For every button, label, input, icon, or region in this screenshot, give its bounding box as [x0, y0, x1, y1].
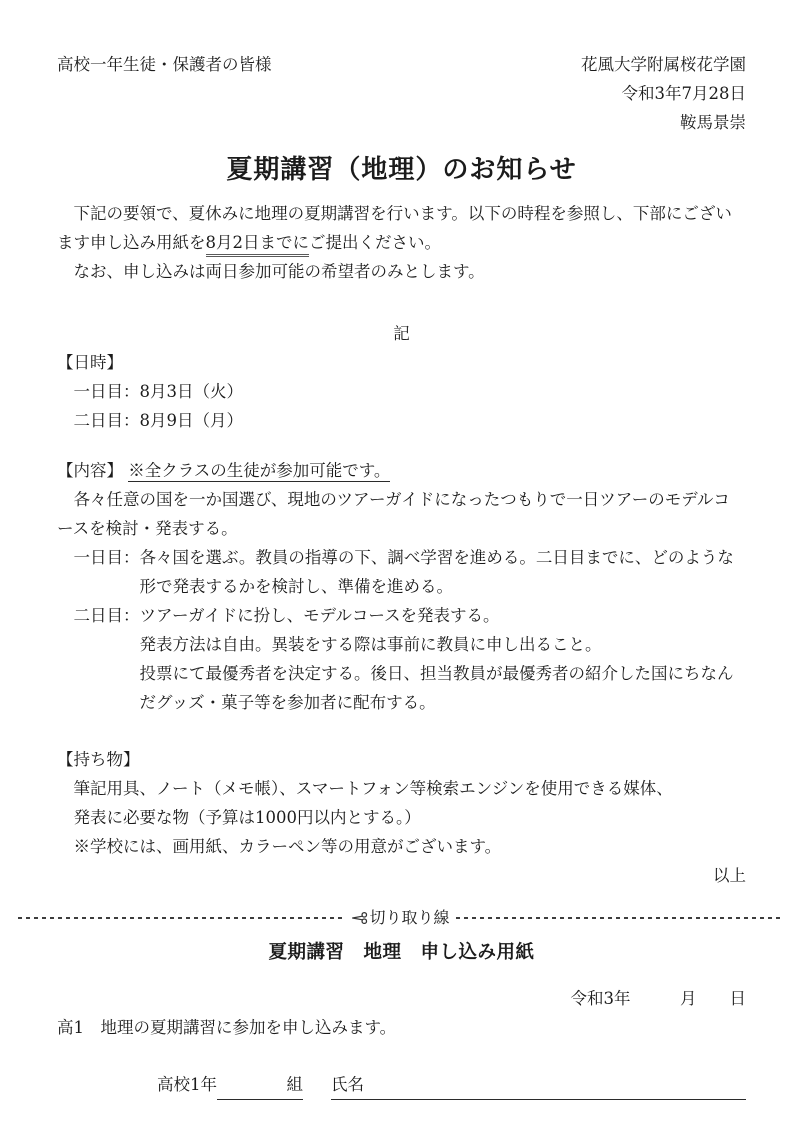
belongings-heading: 【持ち物】	[57, 745, 746, 774]
form-date-line: 令和3年 月 日	[57, 984, 746, 1013]
school-name: 花風大学附属桜花学園	[581, 50, 746, 79]
grade-label: 高校1年	[157, 1070, 217, 1099]
content-heading-line: 【内容】 ※全クラスの生徒が参加可能です。	[57, 456, 746, 485]
content-day2-line2: 発表方法は自由。異装をする際は事前に教員に申し出ること。	[57, 630, 746, 659]
cut-line-dash-right	[456, 917, 783, 919]
class-blank-field: 組	[217, 1070, 303, 1100]
belongings-section: 【持ち物】 筆記用具、ノート（メモ帳）、スマートフォン等検索エンジンを使用できる…	[57, 745, 746, 861]
issue-date: 令和3年7月28日	[57, 79, 746, 108]
intro-text-post: ご提出ください。	[309, 233, 441, 252]
form-statement: 高1 地理の夏期講習に参加を申し込みます。	[57, 1013, 746, 1042]
application-form: 夏期講習 地理 申し込み用紙 令和3年 月 日 高1 地理の夏期講習に参加を申し…	[0, 938, 800, 1100]
datetime-day1: 一日目：8月3日（火）	[57, 377, 746, 406]
notice-title: 夏期講習（地理）のお知らせ	[57, 151, 746, 189]
document-page: 高校一年生徒・保護者の皆様 花風大学附属桜花学園 令和3年7月28日 鞍馬景崇 …	[0, 0, 800, 890]
author-name: 鞍馬景崇	[57, 108, 746, 137]
cut-line: 切り取り線	[18, 906, 782, 930]
deadline-underlined: 8月2日までに	[206, 233, 310, 257]
content-heading: 【内容】	[57, 461, 123, 480]
form-fill-row: 高校1年 組 氏名	[157, 1070, 746, 1100]
content-day1: 一日目：各々国を選ぶ。教員の指導の下、調べ学習を進める。二日目までに、どのような…	[57, 543, 746, 601]
class-label: 組	[287, 1075, 304, 1094]
addressee: 高校一年生徒・保護者の皆様	[57, 50, 272, 79]
content-section: 【内容】 ※全クラスの生徒が参加可能です。 各々任意の国を一か国選び、現地のツア…	[57, 456, 746, 717]
content-day2-line3: 投票にて最優秀者を決定する。後日、担当教員が最優秀者の紹介した国にちなんだグッズ…	[57, 659, 746, 717]
cut-line-dash-left	[18, 917, 345, 919]
belongings-item2: 発表に必要な物（予算は1000円以内とする。）	[57, 803, 746, 832]
name-label: 氏名	[331, 1075, 364, 1094]
form-title: 夏期講習 地理 申し込み用紙	[57, 938, 746, 967]
content-day2-line1: 二日目：ツアーガイドに扮し、モデルコースを発表する。	[57, 601, 746, 630]
intro-note: なお、申し込みは両日参加可能の希望者のみとします。	[57, 257, 746, 286]
ki-marker: 記	[57, 319, 746, 348]
scissors-icon	[351, 911, 368, 925]
content-note-underlined: ※全クラスの生徒が参加可能です。	[128, 461, 390, 482]
document-header: 高校一年生徒・保護者の皆様 花風大学附属桜花学園	[57, 50, 746, 79]
belongings-item1: 筆記用具、ノート（メモ帳）、スマートフォン等検索エンジンを使用できる媒体、	[57, 774, 746, 803]
datetime-day2: 二日目：8月9日（月）	[57, 406, 746, 435]
belongings-item3: ※学校には、画用紙、カラーペン等の用意がございます。	[57, 832, 746, 861]
datetime-heading: 【日時】	[57, 348, 746, 377]
datetime-section: 【日時】 一日目：8月3日（火） 二日目：8月9日（月）	[57, 348, 746, 435]
intro-paragraph: 下記の要領で、夏休みに地理の夏期講習を行います。以下の時程を参照し、下部にござい…	[57, 199, 746, 257]
closing-ijou: 以上	[57, 861, 746, 890]
cut-line-label: 切り取り線	[370, 906, 450, 930]
content-description: 各々任意の国を一か国選び、現地のツアーガイドになったつもりで一日ツアーのモデルコ…	[57, 485, 746, 543]
cut-line-label-wrap: 切り取り線	[351, 906, 450, 930]
name-blank-field: 氏名	[331, 1070, 746, 1100]
